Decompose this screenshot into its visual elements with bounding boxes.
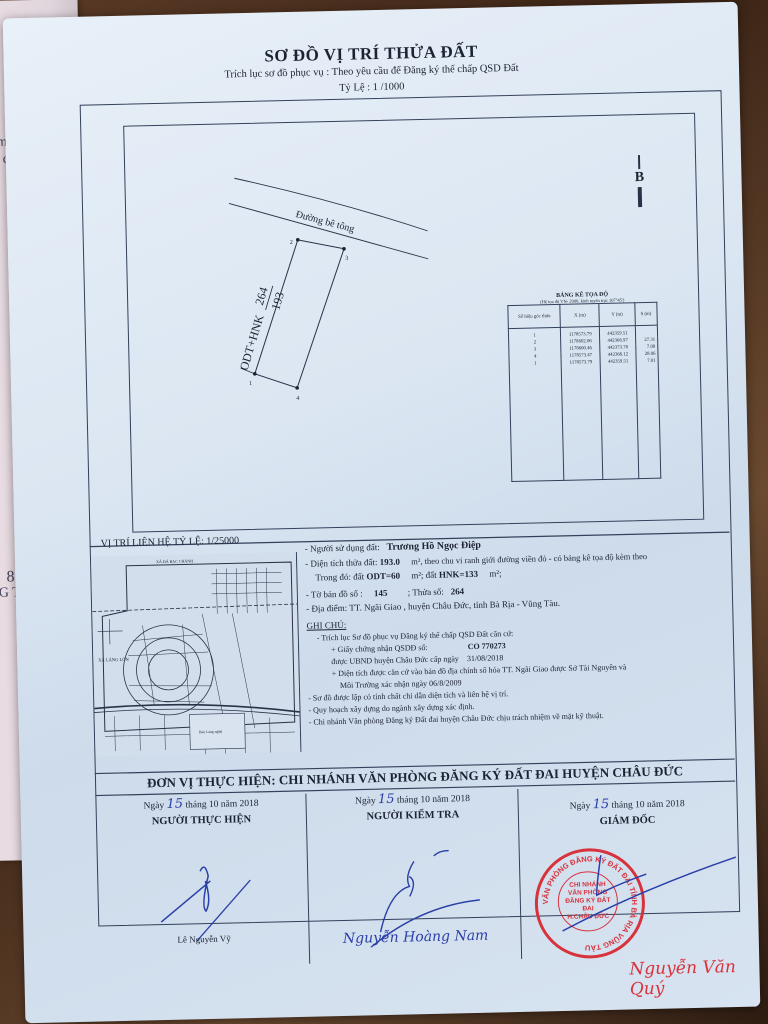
signature-block-performer: Ngày 15 tháng 10 năm 2018 NGƯỜI THỰC HIỆ…	[98, 794, 307, 959]
note-line: + Giấy chứng nhận QSDĐ số:	[331, 643, 428, 654]
parcel-info: - Người sử dụng đất: Trương Hồ Ngọc Điệp…	[305, 532, 729, 728]
sheet-value: 145	[374, 588, 388, 598]
north-arrow-icon: B	[632, 154, 647, 208]
area-value: 193.0	[380, 557, 400, 567]
svg-text:XÃ LÁNG LỚN: XÃ LÁNG LỚN	[98, 657, 129, 663]
breakdown-prefix: Trong đó: đất	[315, 571, 364, 582]
director-signature-icon	[521, 852, 738, 967]
role-title: NGƯỜI KIỂM TRA	[308, 808, 518, 824]
location-value: TT. Ngãi Giao , huyện Châu Đức, tỉnh Bà …	[349, 598, 560, 613]
area-label: - Diện tích thửa đất:	[305, 557, 378, 569]
breakdown-mid: m²; đất	[411, 570, 437, 581]
breakdown-end: m²;	[489, 568, 501, 578]
cert-fragment: 8	[6, 568, 14, 586]
sheet-label: - Tờ bản đồ số :	[306, 588, 363, 599]
land-plot-document: SƠ ĐỒ VỊ TRÍ THỬA ĐẤT Trích lục sơ đồ ph…	[3, 2, 761, 1023]
issue-date: 31/08/2018	[467, 653, 504, 663]
owner-value: Trương Hồ Ngọc Điệp	[386, 540, 481, 553]
column-header: Số hiệu góc thửa	[508, 304, 561, 328]
director-name: Nguyễn Văn Quý	[629, 957, 760, 1000]
owner-label: - Người sử dụng đất:	[305, 542, 380, 554]
odt-area: ODT=60	[366, 571, 400, 582]
location-map: XÃ ĐÁ BẠC CHÁNH XÃ LÁNG LỚN Bàu Láng ngh…	[91, 552, 301, 757]
signature-icon	[99, 839, 306, 944]
parcel-label: ; Thửa số:	[408, 587, 444, 598]
column-header: Y (m)	[599, 303, 635, 327]
location-label: - Địa điểm:	[306, 603, 347, 614]
column-header: S (m)	[635, 302, 658, 325]
certificate-number: CO 770273	[468, 641, 506, 651]
note-line: được UBND huyện Châu Đức cấp ngày	[331, 654, 459, 666]
coordinate-table: BẢNG KÊ TỌA ĐỘ (Hệ tọa độ VN- 2000, kinh…	[507, 291, 661, 482]
signature-block-inspector: Ngày 15 tháng 10 năm 2018 NGƯỜI KIỂM TRA…	[307, 789, 521, 954]
role-title: GIÁM ĐỐC	[520, 813, 735, 829]
role-title: NGƯỜI THỰC HIỆN	[99, 813, 304, 829]
column-header: X (m)	[560, 304, 599, 328]
parcel-value: 264	[451, 586, 465, 596]
svg-text:XÃ ĐÁ BẠC CHÁNH: XÃ ĐÁ BẠC CHÁNH	[156, 558, 193, 564]
hnk-area: HNK=133	[439, 569, 478, 580]
svg-text:Bàu Láng nghệ: Bàu Láng nghệ	[199, 730, 223, 735]
